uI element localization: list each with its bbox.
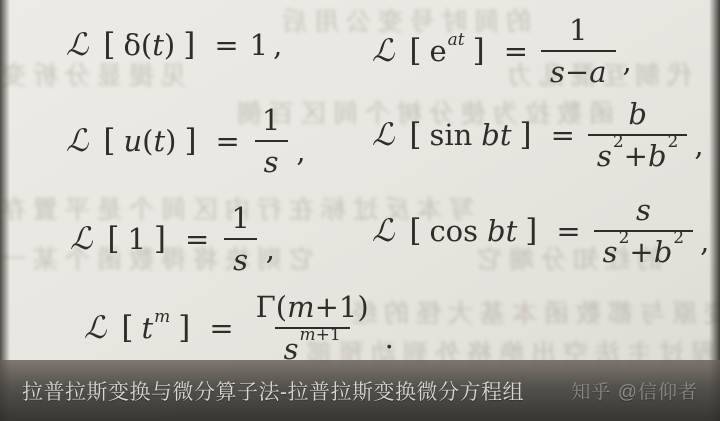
paren-close: ) — [164, 31, 175, 60]
left-bracket: [ — [107, 224, 119, 255]
exponent-m: m — [300, 327, 316, 344]
exponent-m: m — [154, 309, 170, 326]
paren-open: ( — [142, 127, 153, 156]
laplace-operator: ℒ — [66, 126, 88, 157]
function-cos: cos — [429, 217, 478, 246]
right-bracket: ] — [520, 120, 532, 151]
formula-power: ℒ [ t m ] = Γ( m +1) s m +1 . — [84, 293, 394, 364]
equals-sign: = — [214, 31, 238, 60]
variable-s: s — [603, 238, 618, 267]
right-bracket: ] — [525, 216, 537, 247]
function-u: u — [123, 127, 142, 156]
variable-s: s — [597, 142, 612, 171]
variable-m: m — [287, 293, 315, 322]
numerator: 1 — [253, 106, 289, 140]
argument-bt: bt — [487, 217, 517, 246]
denominator: s — [255, 140, 288, 177]
formula-one: ℒ [ 1 ] = 1 s , — [70, 204, 275, 275]
fraction: Γ( m +1) s m +1 — [247, 293, 378, 364]
left-bracket: [ — [103, 30, 115, 61]
exponent-2: 2 — [673, 230, 684, 247]
variable-b: b — [654, 238, 673, 267]
paren-close: ) — [165, 127, 176, 156]
laplace-operator: ℒ — [372, 216, 394, 247]
caption-bar: 拉普拉斯变换与微分算子法-拉普拉斯变换微分方程组 知乎 @信仰者 — [0, 360, 720, 421]
left-bracket: [ — [121, 313, 133, 344]
result-value: 1 — [250, 31, 268, 60]
base-t: t — [141, 314, 153, 343]
numerator: Γ( m +1) — [247, 293, 378, 327]
equals-sign: = — [556, 217, 580, 246]
laplace-operator: ℒ — [84, 313, 106, 344]
punctuation: , — [266, 235, 275, 264]
laplace-operator: ℒ — [372, 36, 394, 67]
formula-sine: ℒ [ sin bt ] = b s 2 + b 2 , — [372, 100, 704, 171]
equals-sign: = — [185, 225, 209, 254]
function-sin: sin — [429, 121, 472, 150]
variable-t: t — [152, 31, 164, 60]
right-bracket: ] — [178, 313, 190, 344]
exponent-2: 2 — [619, 230, 630, 247]
argument-bt: bt — [481, 121, 511, 150]
gamma-function: Γ( — [256, 293, 287, 322]
left-bracket: [ — [103, 126, 115, 157]
formula-delta: ℒ [ δ ( t ) ] = 1 , — [66, 30, 282, 61]
variable-s: s — [550, 58, 565, 87]
variable-a: a — [589, 58, 606, 87]
bleed-line: 换变原与都数函本基大怪的经 — [345, 294, 720, 330]
punctuation: , — [623, 47, 632, 76]
textbook-photo: 的间时号变公用后 见提显分析变 代制互混乱力 函数拉为使分树个间区百侧 写本反过… — [0, 0, 720, 421]
plus-one: +1) — [315, 293, 369, 322]
fraction: 1 s − a — [541, 16, 616, 87]
punctuation: , — [700, 227, 709, 256]
formula-exponential: ℒ [ e at ] = 1 s − a , — [372, 16, 632, 87]
denominator: s − a — [541, 50, 616, 87]
plus-sign: + — [624, 142, 648, 171]
denominator: s 2 + b 2 — [594, 230, 693, 267]
denominator: s — [224, 238, 257, 275]
exponent-2: 2 — [668, 134, 679, 151]
caption-title: 拉普拉斯变换与微分算子法-拉普拉斯变换微分方程组 — [22, 376, 524, 406]
fraction: b s 2 + b 2 — [588, 100, 687, 171]
base-e: e — [429, 37, 446, 66]
right-bracket: ] — [184, 126, 196, 157]
fraction: 1 s — [222, 204, 258, 275]
denominator: s 2 + b 2 — [588, 134, 687, 171]
punctuation: , — [296, 137, 305, 166]
exponent-2: 2 — [613, 134, 624, 151]
plus-sign: + — [629, 238, 653, 267]
denominator: s m +1 — [275, 327, 350, 364]
variable-t: t — [153, 127, 165, 156]
punctuation: . — [385, 324, 394, 353]
punctuation: , — [694, 131, 703, 160]
laplace-operator: ℒ — [372, 120, 394, 151]
equals-sign: = — [216, 127, 240, 156]
equals-sign: = — [209, 314, 233, 343]
delta-symbol: δ — [123, 31, 140, 60]
fraction: s s 2 + b 2 — [594, 196, 693, 267]
formula-unit-step: ℒ [ u ( t ) ] = 1 s , — [66, 106, 306, 177]
right-bracket: ] — [183, 30, 195, 61]
laplace-operator: ℒ — [70, 224, 92, 255]
numerator: b — [619, 100, 656, 134]
equals-sign: = — [551, 121, 575, 150]
punctuation: , — [273, 31, 282, 60]
zhihu-watermark: 知乎 @信仰者 — [571, 377, 698, 404]
right-bracket: ] — [473, 36, 485, 67]
argument-one: 1 — [127, 225, 145, 254]
left-bracket: [ — [409, 36, 421, 67]
left-bracket: [ — [409, 120, 421, 151]
variable-b: b — [648, 142, 667, 171]
fraction: 1 s — [253, 106, 289, 177]
numerator: 1 — [560, 16, 596, 50]
equals-sign: = — [504, 37, 528, 66]
paren-open: ( — [141, 31, 152, 60]
right-bracket: ] — [154, 224, 166, 255]
exponent-plus-one: +1 — [316, 327, 341, 344]
left-bracket: [ — [409, 216, 421, 247]
numerator: 1 — [222, 204, 258, 238]
exponent-at: at — [448, 32, 465, 49]
laplace-operator: ℒ — [66, 30, 88, 61]
numerator: s — [627, 196, 660, 230]
formula-cosine: ℒ [ cos bt ] = s s 2 + b 2 , — [372, 196, 709, 267]
minus-sign: − — [565, 58, 589, 87]
